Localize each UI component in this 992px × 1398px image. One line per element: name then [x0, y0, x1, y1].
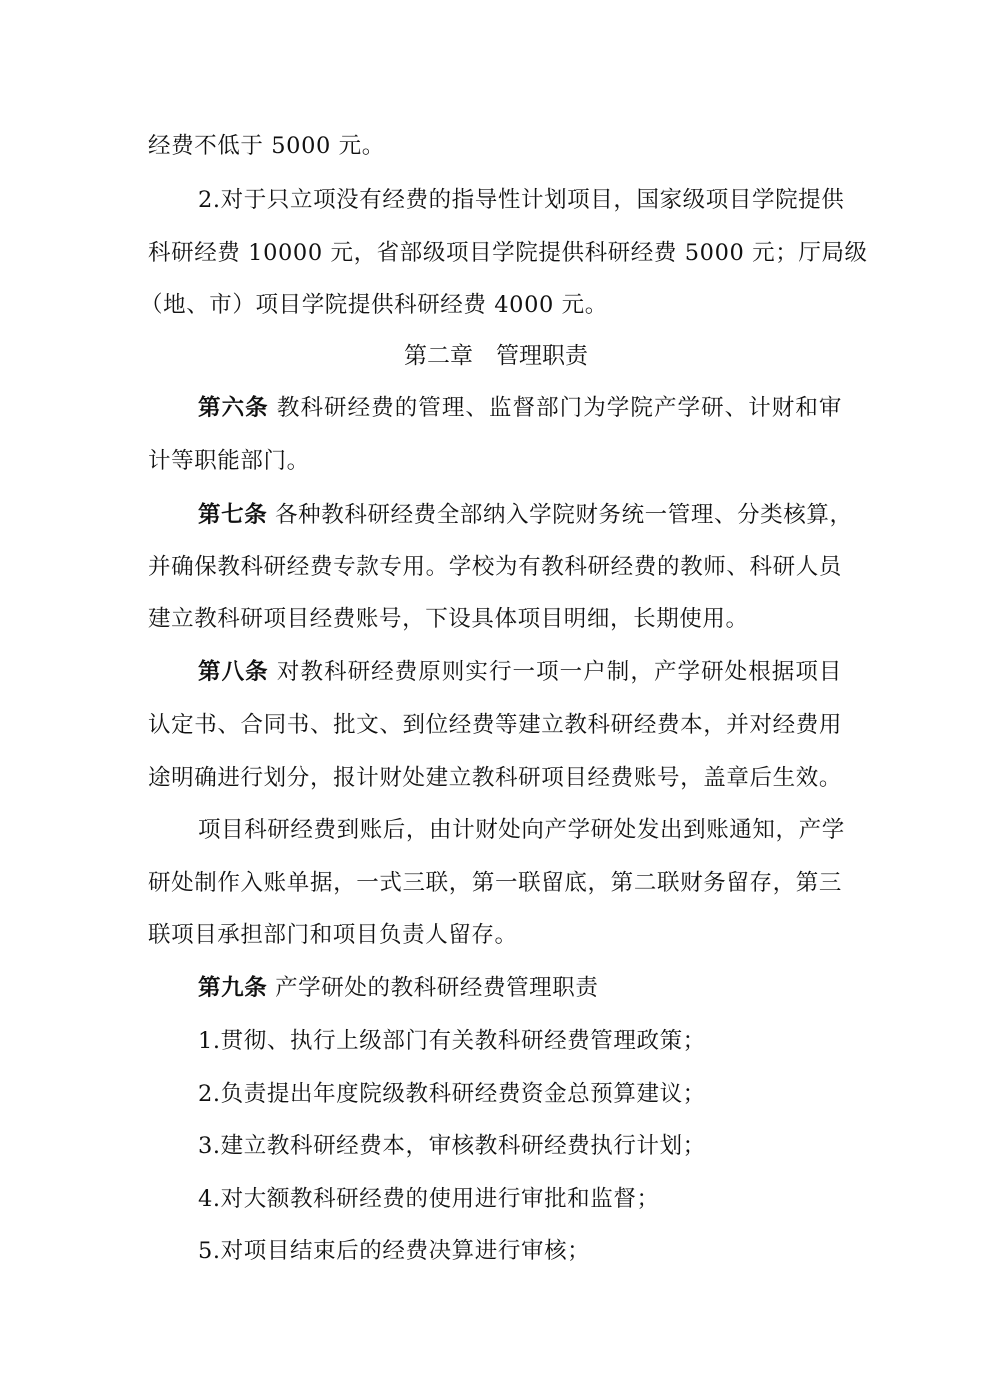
article-label: 第九条 [198, 975, 267, 1001]
article-text: 教科研经费的管理、监督部门为学院产学研、计财和审 [277, 395, 842, 421]
article-label: 第六条 [198, 395, 269, 421]
duty-item: 5.对项目结束后的经费决算进行审核； [198, 1236, 892, 1266]
article-6-line: 第六条 教科研经费的管理、监督部门为学院产学研、计财和审 [198, 393, 842, 423]
duty-item: 2.负责提出年度院级教科研经费资金总预算建议； [198, 1079, 892, 1109]
article-7-line: 第七条 各种教科研经费全部纳入学院财务统一管理、分类核算， [198, 500, 842, 530]
duty-item: 4.对大额教科研经费的使用进行审批和监督； [198, 1184, 892, 1214]
text-line: 研处制作入账单据，一式三联，第一联留底，第二联财务留存，第三 [148, 868, 842, 898]
article-8-line: 第八条 对教科研经费原则实行一项一户制，产学研处根据项目 [198, 657, 842, 687]
article-text: 对教科研经费原则实行一项一户制，产学研处根据项目 [277, 659, 842, 685]
article-label: 第八条 [198, 659, 269, 685]
text-line: 经费不低于 5000 元。 [148, 131, 842, 161]
text-line: 科研经费 10000 元，省部级项目学院提供科研经费 5000 元；厅局级 [148, 238, 842, 268]
text-line: 2.对于只立项没有经费的指导性计划项目，国家级项目学院提供 [198, 185, 842, 215]
text-line: 项目科研经费到账后，由计财处向产学研处发出到账通知，产学 [198, 815, 842, 845]
article-text: 各种教科研经费全部纳入学院财务统一管理、分类核算， [275, 502, 853, 528]
text-line: 联项目承担部门和项目负责人留存。 [148, 920, 842, 950]
duty-item: 1.贯彻、执行上级部门有关教科研经费管理政策； [198, 1026, 892, 1056]
article-label: 第七条 [198, 502, 267, 528]
text-line: 计等职能部门。 [148, 446, 842, 476]
duty-item: 3.建立教科研经费本，审核教科研经费执行计划； [198, 1131, 892, 1161]
article-9-line: 第九条 产学研处的教科研经费管理职责 [198, 973, 892, 1003]
text-line: 途明确进行划分，报计财处建立教科研项目经费账号，盖章后生效。 [148, 763, 842, 793]
text-line: （地、市）项目学院提供科研经费 4000 元。 [140, 290, 834, 320]
chapter-heading: 第二章 管理职责 [0, 341, 992, 371]
document-page: 经费不低于 5000 元。 2.对于只立项没有经费的指导性计划项目，国家级项目学… [0, 0, 992, 1398]
text-line: 建立教科研项目经费账号，下设具体项目明细，长期使用。 [148, 604, 842, 634]
text-line: 并确保教科研经费专款专用。学校为有教科研经费的教师、科研人员 [148, 552, 842, 582]
text-line: 认定书、合同书、批文、到位经费等建立教科研经费本，并对经费用 [148, 710, 842, 740]
article-text: 产学研处的教科研经费管理职责 [275, 975, 598, 1001]
